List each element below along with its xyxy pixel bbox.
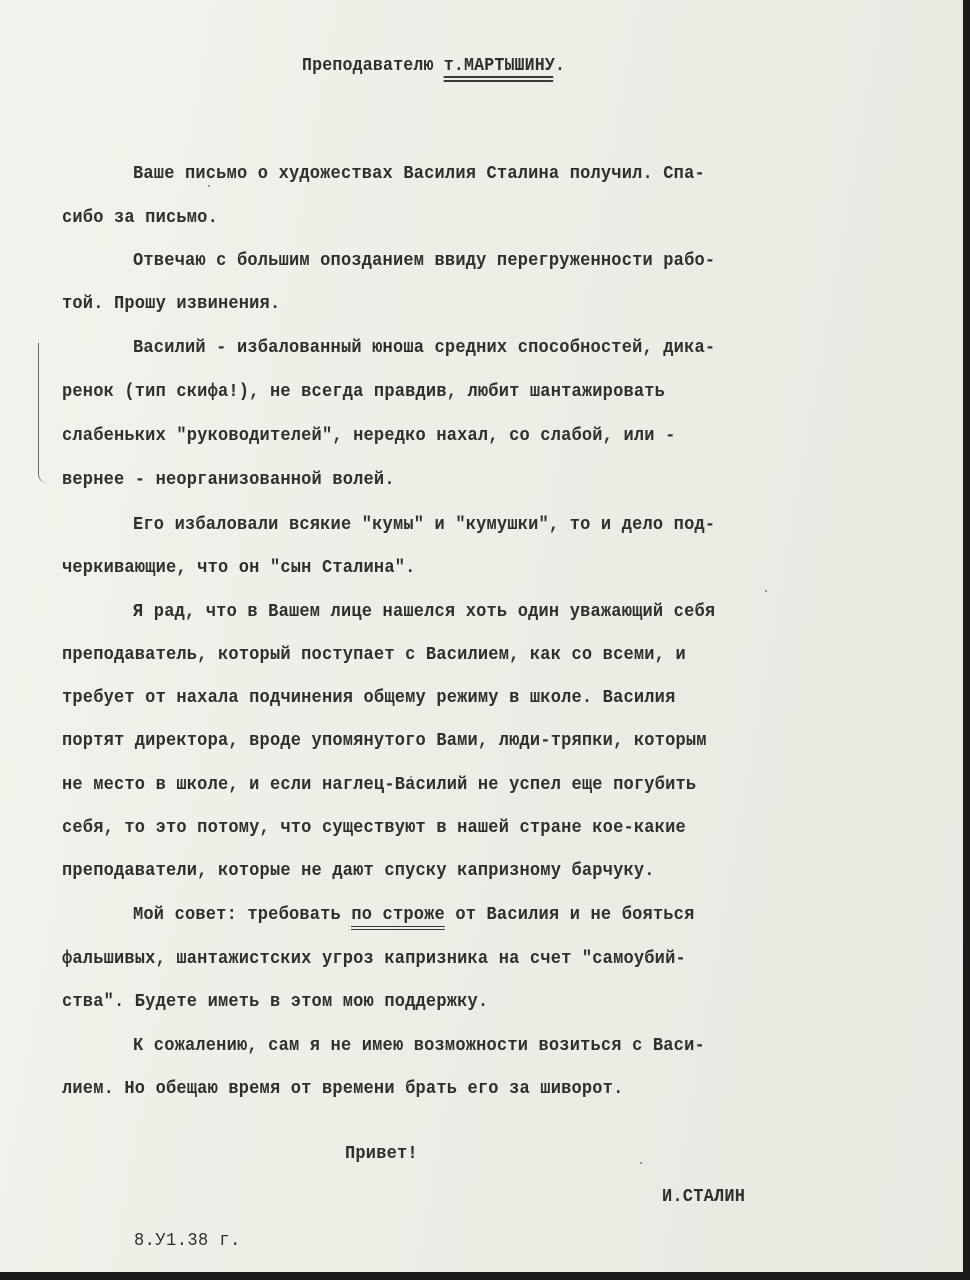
addressee-suffix: .	[555, 56, 565, 76]
body-line: Василий - избалованный юноша средних спо…	[133, 337, 715, 358]
body-line: портят директора, вроде упомянутого Вами…	[62, 730, 707, 751]
body-line: черкивающие, что он "сын Сталина".	[62, 557, 416, 578]
signature: И.СТАЛИН	[662, 1186, 745, 1207]
advice-prefix: Мой совет: требовать	[133, 904, 351, 925]
body-line-advice: Мой совет: требовать по строже от Васили…	[133, 904, 694, 925]
body-line: вернее - неорганизованной волей.	[62, 469, 395, 490]
body-line: Отвечаю с большим опозданием ввиду перег…	[133, 250, 715, 271]
body-line: преподаватель, который поступает с Васил…	[62, 644, 686, 665]
body-line: себя, то это потому, что существуют в на…	[62, 817, 686, 838]
body-line: слабеньких "руководителей", нередко наха…	[62, 425, 675, 446]
body-line: К сожалению, сам я не имею возможности в…	[133, 1035, 705, 1056]
body-line: той. Прошу извинения.	[62, 293, 280, 314]
addressee-line: Преподавателю т.МАРТЫШИНУ.	[302, 56, 565, 76]
body-line: сибо за письмо.	[62, 207, 218, 228]
body-line: требует от нахала подчинения общему режи…	[62, 687, 675, 708]
body-line: лием. Но обещаю время от времени брать е…	[62, 1078, 623, 1099]
speck-mark	[410, 776, 412, 778]
body-line: Его избаловали всякие "кумы" и "кумушки"…	[133, 514, 715, 535]
letter-page: Преподавателю т.МАРТЫШИНУ. Ваше письмо о…	[0, 0, 963, 1272]
addressee-name: т.МАРТЫШИНУ	[444, 56, 555, 76]
addressee-prefix: Преподавателю	[302, 56, 444, 76]
body-line: ства". Будете иметь в этом мою поддержку…	[62, 991, 488, 1012]
speck-mark	[208, 185, 210, 187]
body-line: Ваше письмо о художествах Василия Сталин…	[133, 163, 705, 184]
body-line: не место в школе, и если наглец-Василий …	[62, 774, 696, 795]
date: 8.У1.38 г.	[134, 1230, 241, 1251]
body-line: ренок (тип скифа!), не всегда правдив, л…	[62, 381, 665, 402]
body-line: Я рад, что в Вашем лице нашелся хоть оди…	[133, 601, 715, 622]
speck-mark	[640, 1162, 642, 1164]
body-line: фальшивых, шантажистских угроз капризник…	[62, 948, 686, 969]
closing: Привет!	[345, 1143, 418, 1164]
speck-mark	[765, 590, 767, 592]
advice-underlined: по строже	[351, 904, 445, 925]
body-line: преподаватели, которые не дают спуску ка…	[62, 860, 655, 881]
advice-rest: от Василия и не бояться	[445, 904, 695, 925]
margin-bracket-mark	[38, 343, 47, 483]
